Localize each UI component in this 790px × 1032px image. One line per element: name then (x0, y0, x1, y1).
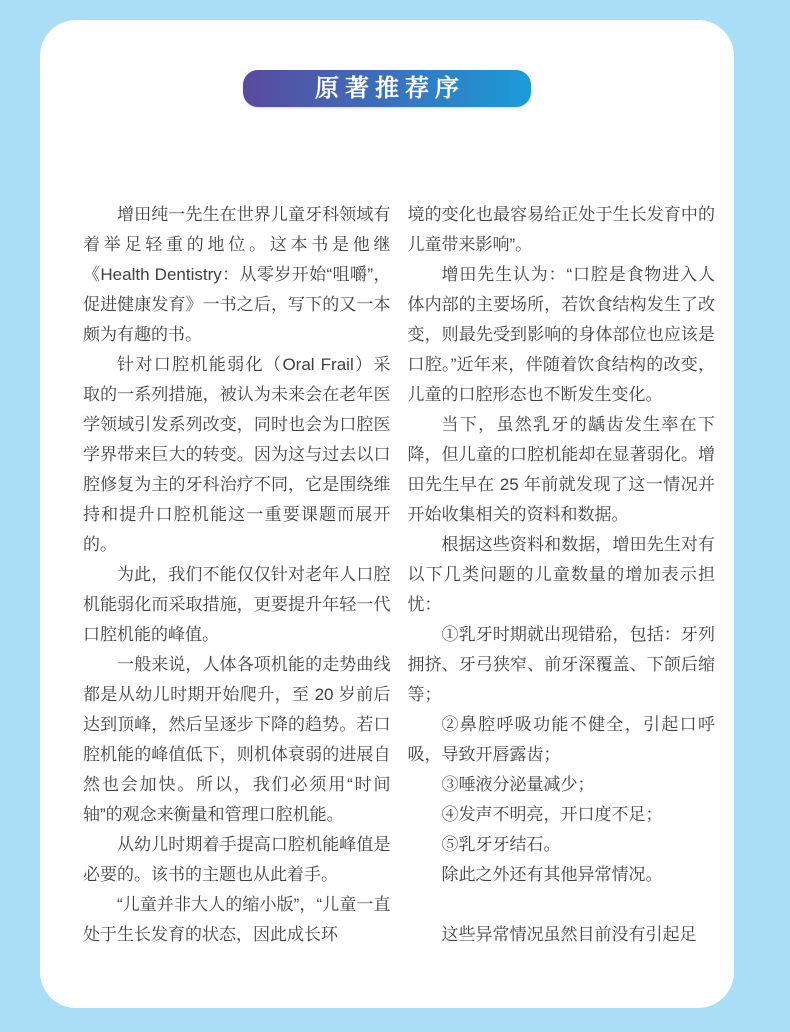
column-left: 增田纯一先生在世界儿童牙科领域有着举足轻重的地位。这本书是他继《Health D… (83, 200, 391, 950)
paragraph: ③唾液分泌量减少； (408, 770, 716, 800)
column-right: 境的变化也最容易给正处于生长发育中的儿童带来影响”。增田先生认为：“口腔是食物进… (408, 200, 716, 950)
paragraph: ②鼻腔呼吸功能不健全，引起口呼吸，导致开唇露齿； (408, 710, 716, 770)
paragraph: 根据这些资料和数据，增田先生对有以下几类问题的儿童数量的增加表示担忧： (408, 530, 716, 620)
paragraph: 针对口腔机能弱化（Oral Frail）采取的一系列措施，被认为未来会在老年医学… (83, 350, 391, 560)
paragraph: “儿童并非大人的缩小版”，“儿童一直处于生长发育的状态，因此成长环 (83, 890, 391, 950)
paragraph: 当下，虽然乳牙的龋齿发生率在下降，但儿童的口腔机能却在显著弱化。增田先生早在 2… (408, 410, 716, 530)
paragraph: 为此，我们不能仅仅针对老年人口腔机能弱化而采取措施，更要提升年轻一代口腔机能的峰… (83, 560, 391, 650)
section-title-banner: 原著推荐序 (243, 70, 531, 107)
paragraph: ⑤乳牙牙结石。 (408, 830, 716, 860)
paragraph: 增田先生认为：“口腔是食物进入人体内部的主要场所，若饮食结构发生了改变，则最先受… (408, 260, 716, 410)
paragraph: 除此之外还有其他异常情况。 (408, 860, 716, 890)
text-columns: 增田纯一先生在世界儿童牙科领域有着举足轻重的地位。这本书是他继《Health D… (83, 200, 715, 950)
paragraph: 境的变化也最容易给正处于生长发育中的儿童带来影响”。 (408, 200, 716, 260)
paragraph: 增田纯一先生在世界儿童牙科领域有着举足轻重的地位。这本书是他继《Health D… (83, 200, 391, 350)
paragraph: 从幼儿时期着手提高口腔机能峰值是必要的。该书的主题也从此着手。 (83, 830, 391, 890)
content-card: 原著推荐序 增田纯一先生在世界儿童牙科领域有着举足轻重的地位。这本书是他继《He… (40, 20, 734, 1008)
section-title: 原著推荐序 (309, 77, 465, 101)
page-background: { "page": { "background_color": "#aadef6… (0, 0, 790, 1032)
paragraph: 这些异常情况虽然目前没有引起足 (408, 920, 716, 950)
paragraph: ④发声不明亮，开口度不足； (408, 800, 716, 830)
paragraph: 一般来说，人体各项机能的走势曲线都是从幼儿时期开始爬升，至 20 岁前后达到顶峰… (83, 650, 391, 830)
paragraph: ①乳牙时期就出现错𬌗，包括：牙列拥挤、牙弓狭窄、前牙深覆盖、下颌后缩等； (408, 620, 716, 710)
